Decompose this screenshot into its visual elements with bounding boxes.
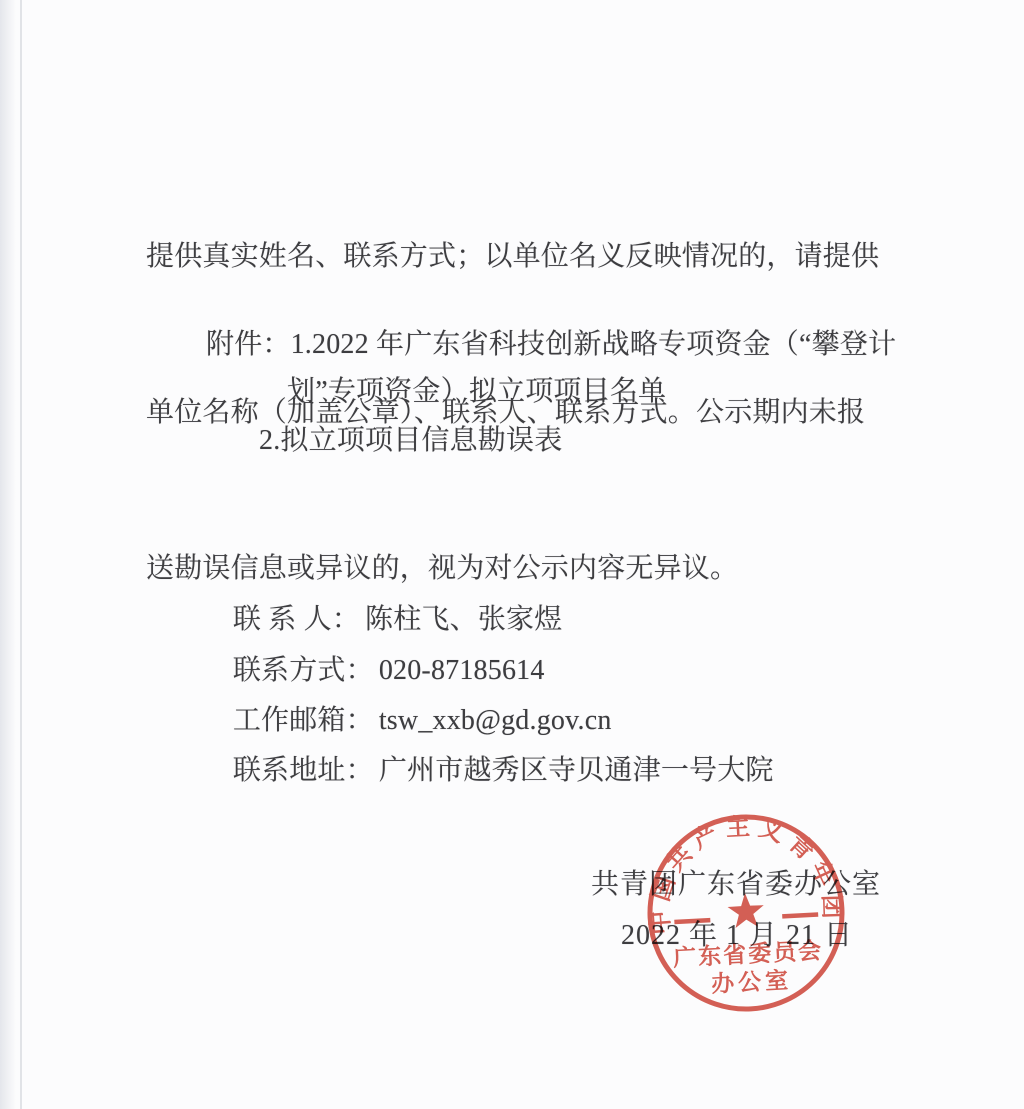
seal-committee-text: 广东省委员会 [673,937,824,971]
document-page: 提供真实姓名、联系方式；以单位名义反映情况的，请提供 单位名称（加盖公章）、联系… [0,0,1024,1109]
attachment-line: 附件：1.2022 年广东省科技创新战略专项资金（“攀登计 [206,330,896,360]
contact-value: 广州市越秀区寺贝通津一号大院 [379,755,774,786]
seal-dash-right [782,912,818,918]
attachment-line: 2.拟立项项目信息勘误表 [259,426,562,456]
scan-crease-line [20,0,22,1109]
official-seal: 中国共产主义青年团 广东省委员会 办公室 [641,808,851,1018]
contact-label: 联系地址： [233,755,374,786]
attachment-line: 划”专项资金）拟立项项目名单 [287,377,666,407]
star-icon [727,892,765,928]
scan-edge-artifact [0,0,16,1109]
paragraph-line: 提供真实姓名、联系方式；以单位名义反映情况的，请提供 [146,231,891,283]
seal-dash-left [674,918,710,924]
contact-row: 联系地址：广州市越秀区寺贝通津一号大院 [204,726,774,816]
seal-office-text: 办公室 [710,967,792,997]
